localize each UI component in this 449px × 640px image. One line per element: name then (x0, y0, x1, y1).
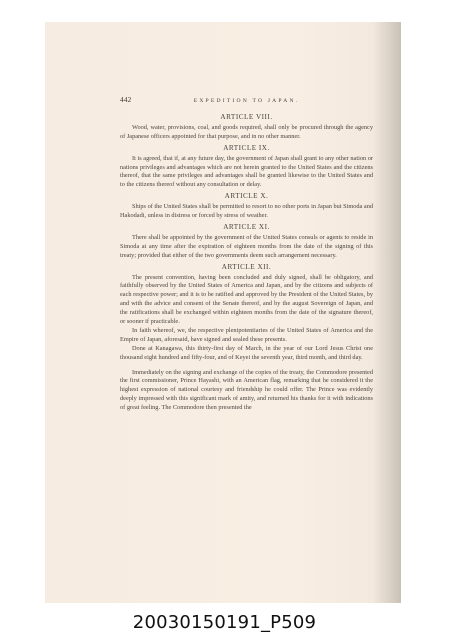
running-head: 442 EXPEDITION TO JAPAN. (120, 96, 373, 107)
article-ix: ARTICLE IX. It is agreed, that if, at an… (120, 144, 373, 191)
article-paragraph: Done at Kanagawa, this thirty-first day … (120, 345, 373, 363)
article-paragraph: There shall be appointed by the governme… (120, 234, 373, 261)
article-heading: ARTICLE VIII. (120, 113, 373, 122)
article-heading: ARTICLE XII. (120, 263, 373, 272)
article-paragraph: The present convention, having been conc… (120, 274, 373, 327)
article-paragraph: In faith whereof, we, the respective ple… (120, 327, 373, 345)
article-heading: ARTICLE X. (120, 192, 373, 201)
image-caption-id: 20030150191_P509 (0, 612, 449, 633)
article-paragraph: Wood, water, provisions, coal, and goods… (120, 124, 373, 142)
article-heading: ARTICLE IX. (120, 144, 373, 153)
article-heading: ARTICLE XI. (120, 223, 373, 232)
article-paragraph: It is agreed, that if, at any future day… (120, 155, 373, 191)
running-title: EXPEDITION TO JAPAN. (120, 97, 373, 106)
article-viii: ARTICLE VIII. Wood, water, provisions, c… (120, 113, 373, 142)
article-xi: ARTICLE XI. There shall be appointed by … (120, 223, 373, 261)
article-xii: ARTICLE XII. The present convention, hav… (120, 263, 373, 363)
closing-paragraph: Immediately on the signing and exchange … (120, 369, 373, 414)
scanned-book-page: 442 EXPEDITION TO JAPAN. ARTICLE VIII. W… (45, 22, 401, 603)
page-text-block: 442 EXPEDITION TO JAPAN. ARTICLE VIII. W… (120, 96, 373, 413)
article-x: ARTICLE X. Ships of the United States sh… (120, 192, 373, 221)
article-paragraph: Ships of the United States shall be perm… (120, 203, 373, 221)
